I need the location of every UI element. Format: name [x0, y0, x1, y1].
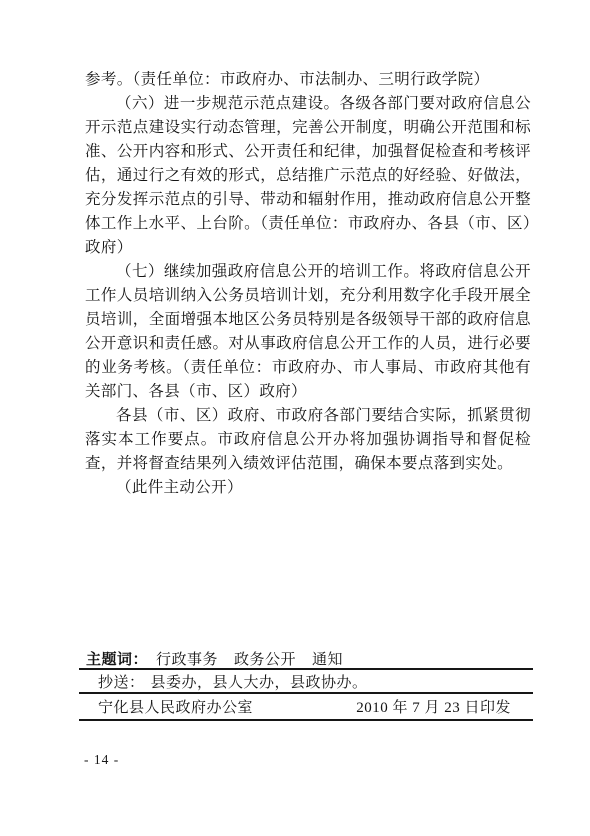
cc-label: 抄送：	[98, 671, 145, 692]
subject-keywords-row: 主题词： 行政事务 政务公开 通知	[79, 648, 533, 670]
paragraph-continuation: 参考。（责任单位：市政府办、市法制办、三明行政学院）	[85, 68, 531, 92]
subject-label: 主题词：	[86, 648, 148, 669]
cc-recipients: 县委办，县人大办，县政协办。	[151, 671, 368, 692]
subject-keyword: 行政事务	[156, 648, 218, 669]
subject-keyword: 政务公开	[234, 648, 296, 669]
document-footer-block: 主题词： 行政事务 政务公开 通知 抄送： 县委办，县人大办，县政协办。 宁化县…	[79, 648, 533, 721]
print-info-row: 宁化县人民政府办公室 2010 年 7 月 23 日印发	[79, 694, 533, 721]
subject-keyword: 通知	[312, 648, 343, 669]
print-date: 2010 年 7 月 23 日印发	[356, 696, 511, 717]
document-body: 参考。（责任单位：市政府办、市法制办、三明行政学院） （六）进一步规范示范点建设…	[85, 68, 531, 500]
paragraph-disclosure-note: （此件主动公开）	[85, 476, 531, 500]
page-number: - 14 -	[84, 752, 119, 768]
cc-row: 抄送： 县委办，县人大办，县政协办。	[79, 670, 533, 694]
paragraph-item-7: （七）继续加强政府信息公开的培训工作。将政府信息公开工作人员培训纳入公务员培训计…	[85, 260, 531, 404]
issuing-office: 宁化县人民政府办公室	[98, 696, 253, 717]
document-page: 参考。（责任单位：市政府办、市法制办、三明行政学院） （六）进一步规范示范点建设…	[0, 0, 590, 836]
paragraph-item-6: （六）进一步规范示范点建设。各级各部门要对政府信息公开示范点建设实行动态管理，完…	[85, 92, 531, 260]
paragraph-closing: 各县（市、区）政府、市政府各部门要结合实际，抓紧贯彻落实本工作要点。市政府信息公…	[85, 404, 531, 476]
